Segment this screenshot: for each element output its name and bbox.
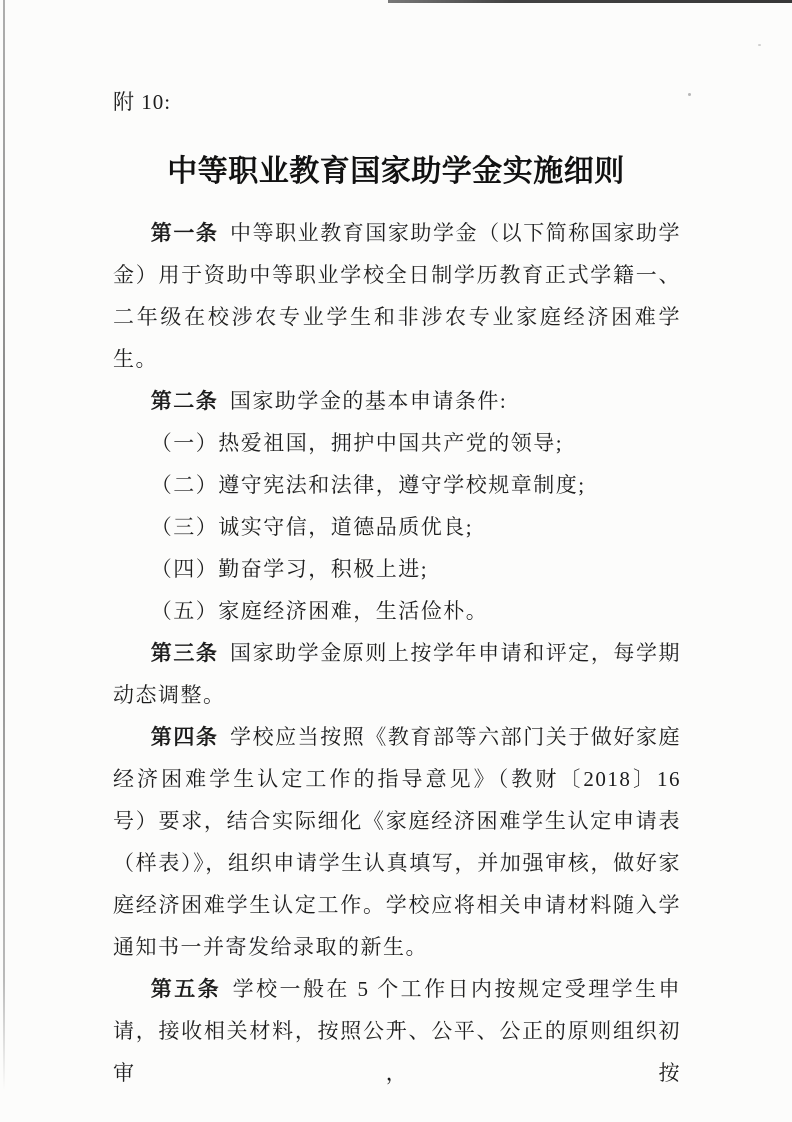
item-4-text: （四）勤奋学习，积极上进; (151, 557, 428, 581)
document-page: 附 10: 中等职业教育国家助学金实施细则 第一条中等职业教育国家助学金（以下简… (0, 0, 792, 1122)
paragraph-article-2: 第二条国家助学金的基本申请条件: (113, 380, 681, 422)
paragraph-article-4: 第四条学校应当按照《教育部等六部门关于做好家庭经济困难学生认定工作的指导意见》（… (113, 716, 681, 968)
page-number: 1 (0, 1016, 792, 1036)
item-3-text: （三）诚实守信，道德品质优良; (151, 515, 473, 539)
attachment-label: 附 10: (113, 86, 171, 116)
item-2-text: （二）遵守宪法和法律，遵守学校规章制度; (151, 473, 586, 497)
article-2-text: 国家助学金的基本申请条件: (230, 389, 507, 413)
paragraph-item-2: （二）遵守宪法和法律，遵守学校规章制度; (113, 464, 681, 506)
article-4-text: 学校应当按照《教育部等六部门关于做好家庭经济困难学生认定工作的指导意见》（教财〔… (113, 725, 681, 959)
paragraph-article-1: 第一条中等职业教育国家助学金（以下简称国家助学金）用于资助中等职业学校全日制学历… (113, 212, 681, 380)
paragraph-item-3: （三）诚实守信，道德品质优良; (113, 506, 681, 548)
document-body: 第一条中等职业教育国家助学金（以下简称国家助学金）用于资助中等职业学校全日制学历… (113, 212, 681, 1094)
scan-speck (758, 44, 761, 46)
article-1-lead: 第一条 (151, 221, 219, 245)
article-4-lead: 第四条 (151, 725, 219, 749)
paragraph-article-3: 第三条国家助学金原则上按学年申请和评定，每学期动态调整。 (113, 632, 681, 716)
paragraph-item-1: （一）热爱祖国，拥护中国共产党的领导; (113, 422, 681, 464)
scan-speck (688, 93, 691, 96)
paragraph-item-4: （四）勤奋学习，积极上进; (113, 548, 681, 590)
scan-artifact-top-edge (388, 0, 792, 3)
paragraph-item-5: （五）家庭经济困难，生活俭朴。 (113, 590, 681, 632)
item-1-text: （一）热爱祖国，拥护中国共产党的领导; (151, 431, 563, 455)
article-2-lead: 第二条 (151, 389, 219, 413)
article-3-lead: 第三条 (151, 641, 219, 665)
article-5-lead: 第五条 (151, 977, 221, 1001)
item-5-text: （五）家庭经济困难，生活俭朴。 (151, 599, 489, 623)
document-title: 中等职业教育国家助学金实施细则 (0, 146, 792, 190)
